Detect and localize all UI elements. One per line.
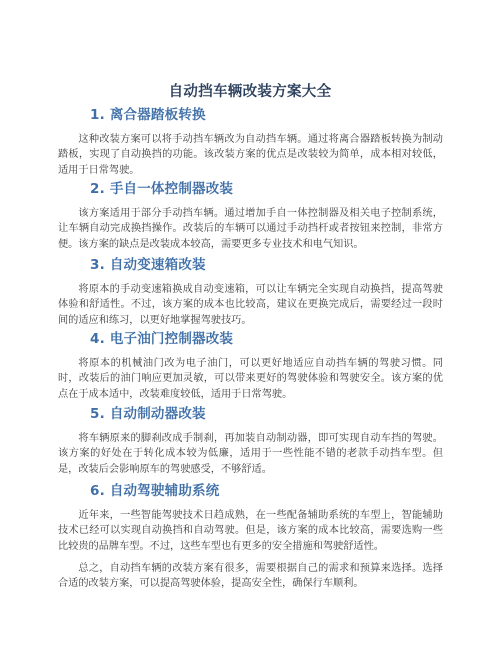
section-4: 4. 电子油门控制器改装 将原本的机械油门改为电子油门，可以更好地适应自动挡车辆… [58,330,443,402]
section-heading: 5. 自动制动器改装 [90,405,443,423]
section-heading: 2. 手自一体控制器改装 [90,180,443,198]
section-body: 这种改装方案可以将手动挡车辆改为自动挡车辆。通过将离合器踏板转换为制动踏板，实现… [58,132,443,178]
conclusion: 总之，自动挡车辆的改装方案有很多，需要根据自己的需求和预算来选择。选择合适的改装… [58,553,443,592]
section-1: 1. 离合器踏板转换 这种改装方案可以将手动挡车辆改为自动挡车辆。通过将离合器踏… [58,106,443,178]
section-body: 将车辆原来的脚刹改成手制刹，再加装自动制动器，即可实现自动车挡的驾驶。该方案的好… [58,431,443,477]
section-body: 近年来，一些智能驾驶技术日趋成熟，在一些配备辅助系统的车型上，智能辅助技术已经可… [58,508,443,554]
conclusion-body: 总之，自动挡车辆的改装方案有很多，需要根据自己的需求和预算来选择。选择合适的改装… [58,561,443,592]
section-heading: 3. 自动变速箱改装 [90,256,443,274]
section-body: 将原本的手动变速箱换成自动变速箱，可以让车辆完全实现自动换挡，提高驾驶体验和舒适… [58,282,443,328]
section-body: 该方案适用于部分手动挡车辆。通过增加手自一体控制器及相关电子控制系统，让车辆自动… [58,206,443,252]
section-2: 2. 手自一体控制器改装 该方案适用于部分手动挡车辆。通过增加手自一体控制器及相… [58,180,443,252]
section-6: 6. 自动驾驶辅助系统 近年来，一些智能驾驶技术日趋成熟，在一些配备辅助系统的车… [58,482,443,554]
section-heading: 4. 电子油门控制器改装 [90,330,443,348]
section-5: 5. 自动制动器改装 将车辆原来的脚刹改成手制刹，再加装自动制动器，即可实现自动… [58,405,443,477]
document-title: 自动挡车辆改装方案大全 [0,80,500,101]
section-heading: 6. 自动驾驶辅助系统 [90,482,443,500]
section-3: 3. 自动变速箱改装 将原本的手动变速箱换成自动变速箱，可以让车辆完全实现自动换… [58,256,443,328]
section-heading: 1. 离合器踏板转换 [90,106,443,124]
document-page: 自动挡车辆改装方案大全 1. 离合器踏板转换 这种改装方案可以将手动挡车辆改为自… [0,0,500,647]
section-body: 将原本的机械油门改为电子油门，可以更好地适应自动挡车辆的驾驶习惯。同时，改装后的… [58,356,443,402]
